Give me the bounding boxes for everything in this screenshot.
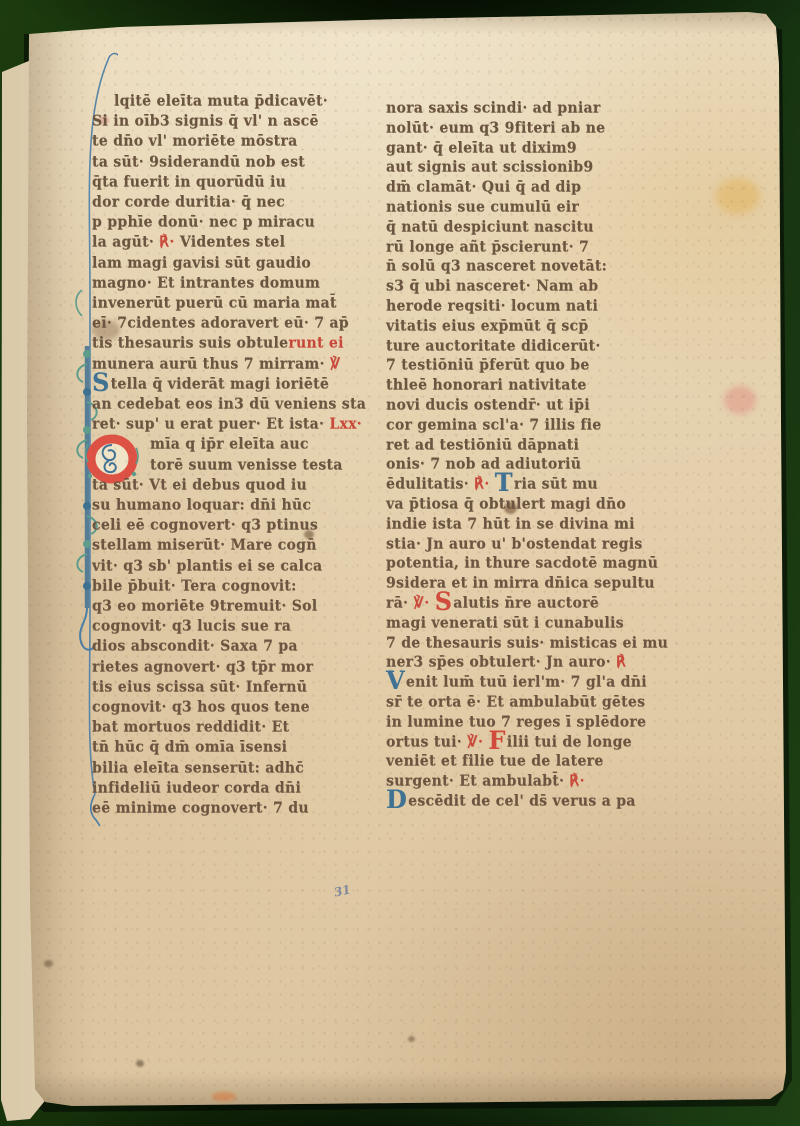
manuscript-line: veniēt et filie tue de latere — [386, 753, 604, 770]
manuscript-text: q̄ta fuerit in quorūdū iu — [92, 174, 286, 191]
manuscript-text: 9sidera et in mirra dn̄ica sepultu — [386, 575, 655, 592]
manuscript-line: magno· Et intrantes domum — [92, 275, 320, 292]
text-column-left: lqitē eleīta muta p̄dicavēt·Si in oīb3 s… — [92, 93, 376, 830]
manuscript-line: Venit lum̄ tuū ierl'm· 7 gl'a dn̄i — [386, 674, 647, 691]
manuscript-line: potentia, in thure sacdotē magnū — [386, 555, 658, 572]
rubric-text: ℟· — [569, 773, 584, 790]
manuscript-line: Stella q̄ viderāt magi ioriētē — [92, 376, 329, 393]
manuscript-text: stellam miserūt· Mare cogn̄ — [92, 537, 317, 554]
manuscript-line: vit· q3 sb' plantis ei se calca — [92, 558, 322, 575]
manuscript-line: torē suum venisse testa — [150, 457, 343, 474]
manuscript-line: vitatis eius exp̄mūt q̄ scp̄ — [386, 318, 588, 335]
manuscript-text: ortus tui· — [386, 734, 467, 751]
manuscript-line: ture auctoritate didicerūt· — [386, 338, 601, 355]
manuscript-line: ret· sup' u erat puer· Et ista· Lxx· — [92, 416, 362, 433]
manuscript-text: invenerūt puerū cū maria mat̄ — [92, 295, 337, 312]
red-initial: F — [488, 724, 505, 755]
manuscript-line: cor gemina scl'a· 7 illis fie — [386, 417, 602, 434]
manuscript-line: tn̄ hūc q̄ dm̄ omīa īsensi — [92, 739, 287, 756]
manuscript-text: escēdit de cel' ds̄ verus a pa — [408, 793, 636, 810]
manuscript-line: stia· Jn auro u' b'ostendat regis — [386, 536, 643, 553]
manuscript-text: tn̄ hūc q̄ dm̄ omīa īsensi — [92, 739, 287, 756]
manuscript-line: cognovit· q3 hos quos tene — [92, 699, 310, 716]
manuscript-text: veniēt et filie tue de latere — [386, 753, 604, 770]
manuscript-text: nolūt· eum q3 9fiteri ab ne — [386, 120, 605, 137]
manuscript-line: onis· 7 nob ad adiutoriū — [386, 456, 581, 473]
blue-initial: D — [386, 783, 407, 814]
parchment-page: O lqitē eleīta muta p̄dicavēt·Si in oīb3… — [0, 0, 800, 1126]
manuscript-line: s3 q̄ ubi nasceret· Nam ab — [386, 278, 598, 295]
manuscript-text: indie ista 7 hūt in se divina mi — [386, 516, 635, 533]
manuscript-line: Descēdit de cel' ds̄ verus a pa — [386, 793, 636, 810]
manuscript-line: 7 testiōniū p̄ferūt quo be — [386, 357, 590, 374]
manuscript-text: dios abscondit· Saxa 7 pa — [92, 638, 298, 655]
manuscript-line: ta sūt· Vt ei debus quod iu — [92, 477, 307, 494]
manuscript-text: onis· 7 nob ad adiutoriū — [386, 456, 581, 473]
manuscript-text: munera aurū thus 7 mirram· — [92, 356, 330, 373]
manuscript-text: an cedebat eos in3 dū veniens sta — [92, 396, 366, 413]
manuscript-text: infideliū iudeor corda dn̄i — [92, 780, 301, 797]
manuscript-text: p pphīe donū· nec p miracu — [92, 214, 315, 231]
speck — [136, 1060, 144, 1067]
manuscript-text: tella q̄ viderāt magi ioriētē — [111, 376, 329, 393]
manuscript-line: la agūt· ℟· Videntes stel — [92, 234, 285, 251]
manuscript-line: te dn̄o vl' moriēte mōstra — [92, 133, 298, 150]
rubric-text: ℟· — [474, 476, 495, 493]
manuscript-text: bat mortuos reddidit· Et — [92, 719, 289, 736]
manuscript-line: rā· ℣· Salutis n̄re auctorē — [386, 595, 599, 612]
manuscript-line: sr̄ te orta ē· Et ambulabūt gētes — [386, 694, 645, 711]
manuscript-text: rū longe añt p̄scierunt· 7 — [386, 239, 589, 256]
manuscript-line: novi ducis ostendr̄· ut ip̄i — [386, 397, 590, 414]
manuscript-line: eē minime cognovert· 7 du — [92, 800, 309, 817]
manuscript-text: rietes agnovert· q3 tp̄r mor — [92, 659, 313, 676]
manuscript-text: stia· Jn auro u' b'ostendat regis — [386, 536, 643, 553]
manuscript-text: nationis sue cumulū eir — [386, 199, 579, 216]
manuscript-line: ēdulitatis· ℟· Tria sūt mu — [386, 476, 598, 493]
manuscript-text: gant· q̄ eleīta ut dixim9 — [386, 140, 577, 157]
manuscript-text: rā· — [386, 595, 413, 612]
manuscript-text: te dn̄o vl' moriēte mōstra — [92, 133, 298, 150]
rubric-text: ℟ — [616, 654, 626, 671]
manuscript-line: lam magi gavisi sūt gaudio — [92, 255, 311, 272]
manuscript-text: lam magi gavisi sūt gaudio — [92, 255, 311, 272]
manuscript-text: tis thesauris suis obtule — [92, 335, 288, 352]
manuscript-line: gant· q̄ eleīta ut dixim9 — [386, 140, 577, 157]
manuscript-line: rū longe añt p̄scierunt· 7 — [386, 239, 589, 256]
manuscript-text: enit lum̄ tuū ierl'm· 7 gl'a dn̄i — [406, 674, 647, 691]
manuscript-line: q̄ natū despiciunt nascitu — [386, 219, 594, 236]
manuscript-text: cognovit· q3 lucis sue ra — [92, 618, 291, 635]
manuscript-text: 7 testiōniū p̄ferūt quo be — [386, 357, 590, 374]
manuscript-text: herode reqsiti· locum nati — [386, 298, 598, 315]
manuscript-line: bat mortuos reddidit· Et — [92, 719, 289, 736]
manuscript-text: eē minime cognovert· 7 du — [92, 800, 309, 817]
speck — [44, 960, 53, 967]
manuscript-line: cognovit· q3 lucis sue ra — [92, 618, 291, 635]
manuscript-text: sr̄ te orta ē· Et ambulabūt gētes — [386, 694, 645, 711]
manuscript-text: aut signis aut scissionib9 — [386, 159, 593, 176]
manuscript-text: surgent· Et ambulabt̄· — [386, 773, 569, 790]
manuscript-line: munera aurū thus 7 mirram· ℣ — [92, 356, 341, 373]
manuscript-line: p pphīe donū· nec p miracu — [92, 214, 315, 231]
manuscript-line: nolūt· eum q3 9fiteri ab ne — [386, 120, 605, 137]
manuscript-text: mīa q ip̄r eleīta auc — [150, 436, 309, 453]
manuscript-text: ēdulitatis· — [386, 476, 474, 493]
manuscript-line: nora saxis scindi· ad pniar — [386, 100, 601, 117]
manuscript-text: vit· q3 sb' plantis ei se calca — [92, 558, 322, 575]
blue-initial: T — [495, 467, 513, 498]
rubric-text: ℣ — [330, 356, 341, 373]
manuscript-text: s3 q̄ ubi nasceret· Nam ab — [386, 278, 598, 295]
manuscript-text: novi ducis ostendr̄· ut ip̄i — [386, 397, 590, 414]
manuscript-line: herode reqsiti· locum nati — [386, 298, 598, 315]
manuscript-text: potentia, in thure sacdotē magnū — [386, 555, 658, 572]
manuscript-line: in lumine tuo 7 reges ī splēdore — [386, 714, 646, 731]
manuscript-text: ta sūt· Vt ei debus quod iu — [92, 477, 307, 494]
rubric-text: ℣· — [413, 595, 434, 612]
manuscript-text: ret ad testiōniū dāpnati — [386, 437, 579, 454]
manuscript-line: indie ista 7 hūt in se divina mi — [386, 516, 635, 533]
manuscript-text: magi venerati sūt i cunabulis — [386, 615, 624, 632]
manuscript-text: dor corde duritia· q̄ nec — [92, 194, 285, 211]
manuscript-line: eī· 7cidentes adoravert eū· 7 ap̄ — [92, 315, 349, 332]
manuscript-line: 9sidera et in mirra dn̄ica sepultu — [386, 575, 655, 592]
manuscript-text: va p̄tiosa q̄ obtulert magi dn̄o — [386, 496, 626, 513]
manuscript-text: cor gemina scl'a· 7 illis fie — [386, 417, 602, 434]
pink-stain — [724, 386, 756, 414]
manuscript-line: aut signis aut scissionib9 — [386, 159, 593, 176]
manuscript-photo: O lqitē eleīta muta p̄dicavēt·Si in oīb3… — [0, 0, 800, 1126]
manuscript-line: infideliū iudeor corda dn̄i — [92, 780, 301, 797]
manuscript-line: Si in oīb3 signis q̄ vl' n ascē — [92, 113, 319, 130]
manuscript-line: mīa q ip̄r eleīta auc — [150, 436, 309, 453]
speck — [408, 1036, 415, 1042]
manuscript-text: la agūt· — [92, 234, 159, 251]
rubric-text: runt ei — [288, 335, 343, 352]
manuscript-line: magi venerati sūt i cunabulis — [386, 615, 624, 632]
manuscript-text: ture auctoritate didicerūt· — [386, 338, 601, 355]
manuscript-text: lqitē eleīta muta p̄dicavēt· — [114, 93, 328, 110]
manuscript-text: celi eē cognovert· q3 ptinus — [92, 517, 318, 534]
manuscript-line: invenerūt puerū cū maria mat̄ — [92, 295, 337, 312]
manuscript-line: surgent· Et ambulabt̄· ℟· — [386, 773, 585, 790]
blue-initial: S — [92, 366, 110, 397]
manuscript-line: lqitē eleīta muta p̄dicavēt· — [114, 93, 328, 110]
manuscript-text: torē suum venisse testa — [150, 457, 343, 474]
rubric-text: ℟· — [159, 234, 180, 251]
orange-mark — [212, 1092, 236, 1101]
manuscript-line: 7 de thesauris suis· misticas ei mu — [386, 635, 668, 652]
manuscript-text: ilii tui de longe — [507, 734, 632, 751]
manuscript-line: ret ad testiōniū dāpnati — [386, 437, 579, 454]
manuscript-line: ner3 sp̄es obtulert· Jn auro· ℟ — [386, 654, 626, 671]
manuscript-line: tis eius scissa sūt· Infernū — [92, 679, 307, 696]
manuscript-text: Videntes stel — [180, 234, 285, 251]
manuscript-text: tis eius scissa sūt· Infernū — [92, 679, 307, 696]
manuscript-text: eī· 7cidentes adoravert eū· 7 ap̄ — [92, 315, 349, 332]
manuscript-line: va p̄tiosa q̄ obtulert magi dn̄o — [386, 496, 626, 513]
manuscript-line: bilia eleīta senserūt: adhc̄ — [92, 760, 304, 777]
manuscript-line: stellam miserūt· Mare cogn̄ — [92, 537, 317, 554]
manuscript-line: n̄ solū q3 nasceret novetāt: — [386, 258, 607, 275]
manuscript-line: thleē honorari nativitate — [386, 377, 587, 394]
manuscript-line: bile p̄buit· Tera cognovit: — [92, 578, 297, 595]
manuscript-text: bile p̄buit· Tera cognovit: — [92, 578, 297, 595]
manuscript-text: alutis n̄re auctorē — [453, 595, 599, 612]
manuscript-line: su humano loquar: dn̄i hūc — [92, 497, 311, 514]
manuscript-text: in lumine tuo 7 reges ī splēdore — [386, 714, 646, 731]
manuscript-text: 7 de thesauris suis· misticas ei mu — [386, 635, 668, 652]
manuscript-text: Si in oīb3 signis q̄ vl' n ascē — [92, 113, 319, 130]
yellow-stain — [716, 178, 760, 214]
manuscript-line: dor corde duritia· q̄ nec — [92, 194, 285, 211]
manuscript-text: cognovit· q3 hos quos tene — [92, 699, 310, 716]
manuscript-text: dm̄ clamāt· Qui q̄ ad dip — [386, 179, 581, 196]
manuscript-line: dm̄ clamāt· Qui q̄ ad dip — [386, 179, 581, 196]
manuscript-text: ret· sup' u erat puer· Et ista· — [92, 416, 329, 433]
manuscript-text: nora saxis scindi· ad pniar — [386, 100, 601, 117]
manuscript-text: thleē honorari nativitate — [386, 377, 587, 394]
manuscript-text: su humano loquar: dn̄i hūc — [92, 497, 311, 514]
manuscript-line: an cedebat eos in3 dū veniens sta — [92, 396, 366, 413]
manuscript-text: n̄ solū q3 nasceret novetāt: — [386, 258, 607, 275]
manuscript-text: q3 eo moriēte 9tremuit· Sol — [92, 598, 317, 615]
manuscript-text: bilia eleīta senserūt: adhc̄ — [92, 760, 304, 777]
manuscript-line: ortus tui· ℣· Filii tui de longe — [386, 734, 632, 751]
text-column-right: nora saxis scindi· ad pniarnolūt· eum q3… — [386, 100, 672, 823]
manuscript-text: magno· Et intrantes domum — [92, 275, 320, 292]
rubric-text: Lxx· — [329, 416, 362, 433]
top-edge-shadow — [20, 8, 790, 34]
rubric-text: ℣· — [467, 734, 488, 751]
manuscript-line: rietes agnovert· q3 tp̄r mor — [92, 659, 313, 676]
manuscript-line: nationis sue cumulū eir — [386, 199, 579, 216]
red-initial: S — [435, 585, 453, 616]
manuscript-line: ta sūt· 9siderandū nob est — [92, 154, 305, 171]
manuscript-line: celi eē cognovert· q3 ptinus — [92, 517, 318, 534]
manuscript-text: q̄ natū despiciunt nascitu — [386, 219, 594, 236]
manuscript-line: dios abscondit· Saxa 7 pa — [92, 638, 298, 655]
blue-initial: V — [386, 665, 405, 696]
manuscript-line: tis thesauris suis obtulerunt ei — [92, 335, 344, 352]
manuscript-text: ta sūt· 9siderandū nob est — [92, 154, 305, 171]
manuscript-line: q̄ta fuerit in quorūdū iu — [92, 174, 286, 191]
manuscript-line: q3 eo moriēte 9tremuit· Sol — [92, 598, 317, 615]
manuscript-text: ner3 sp̄es obtulert· Jn auro· — [386, 654, 616, 671]
manuscript-text: vitatis eius exp̄mūt q̄ scp̄ — [386, 318, 588, 335]
manuscript-text: ria sūt mu — [514, 476, 598, 493]
folio-number: 31 — [333, 882, 352, 899]
